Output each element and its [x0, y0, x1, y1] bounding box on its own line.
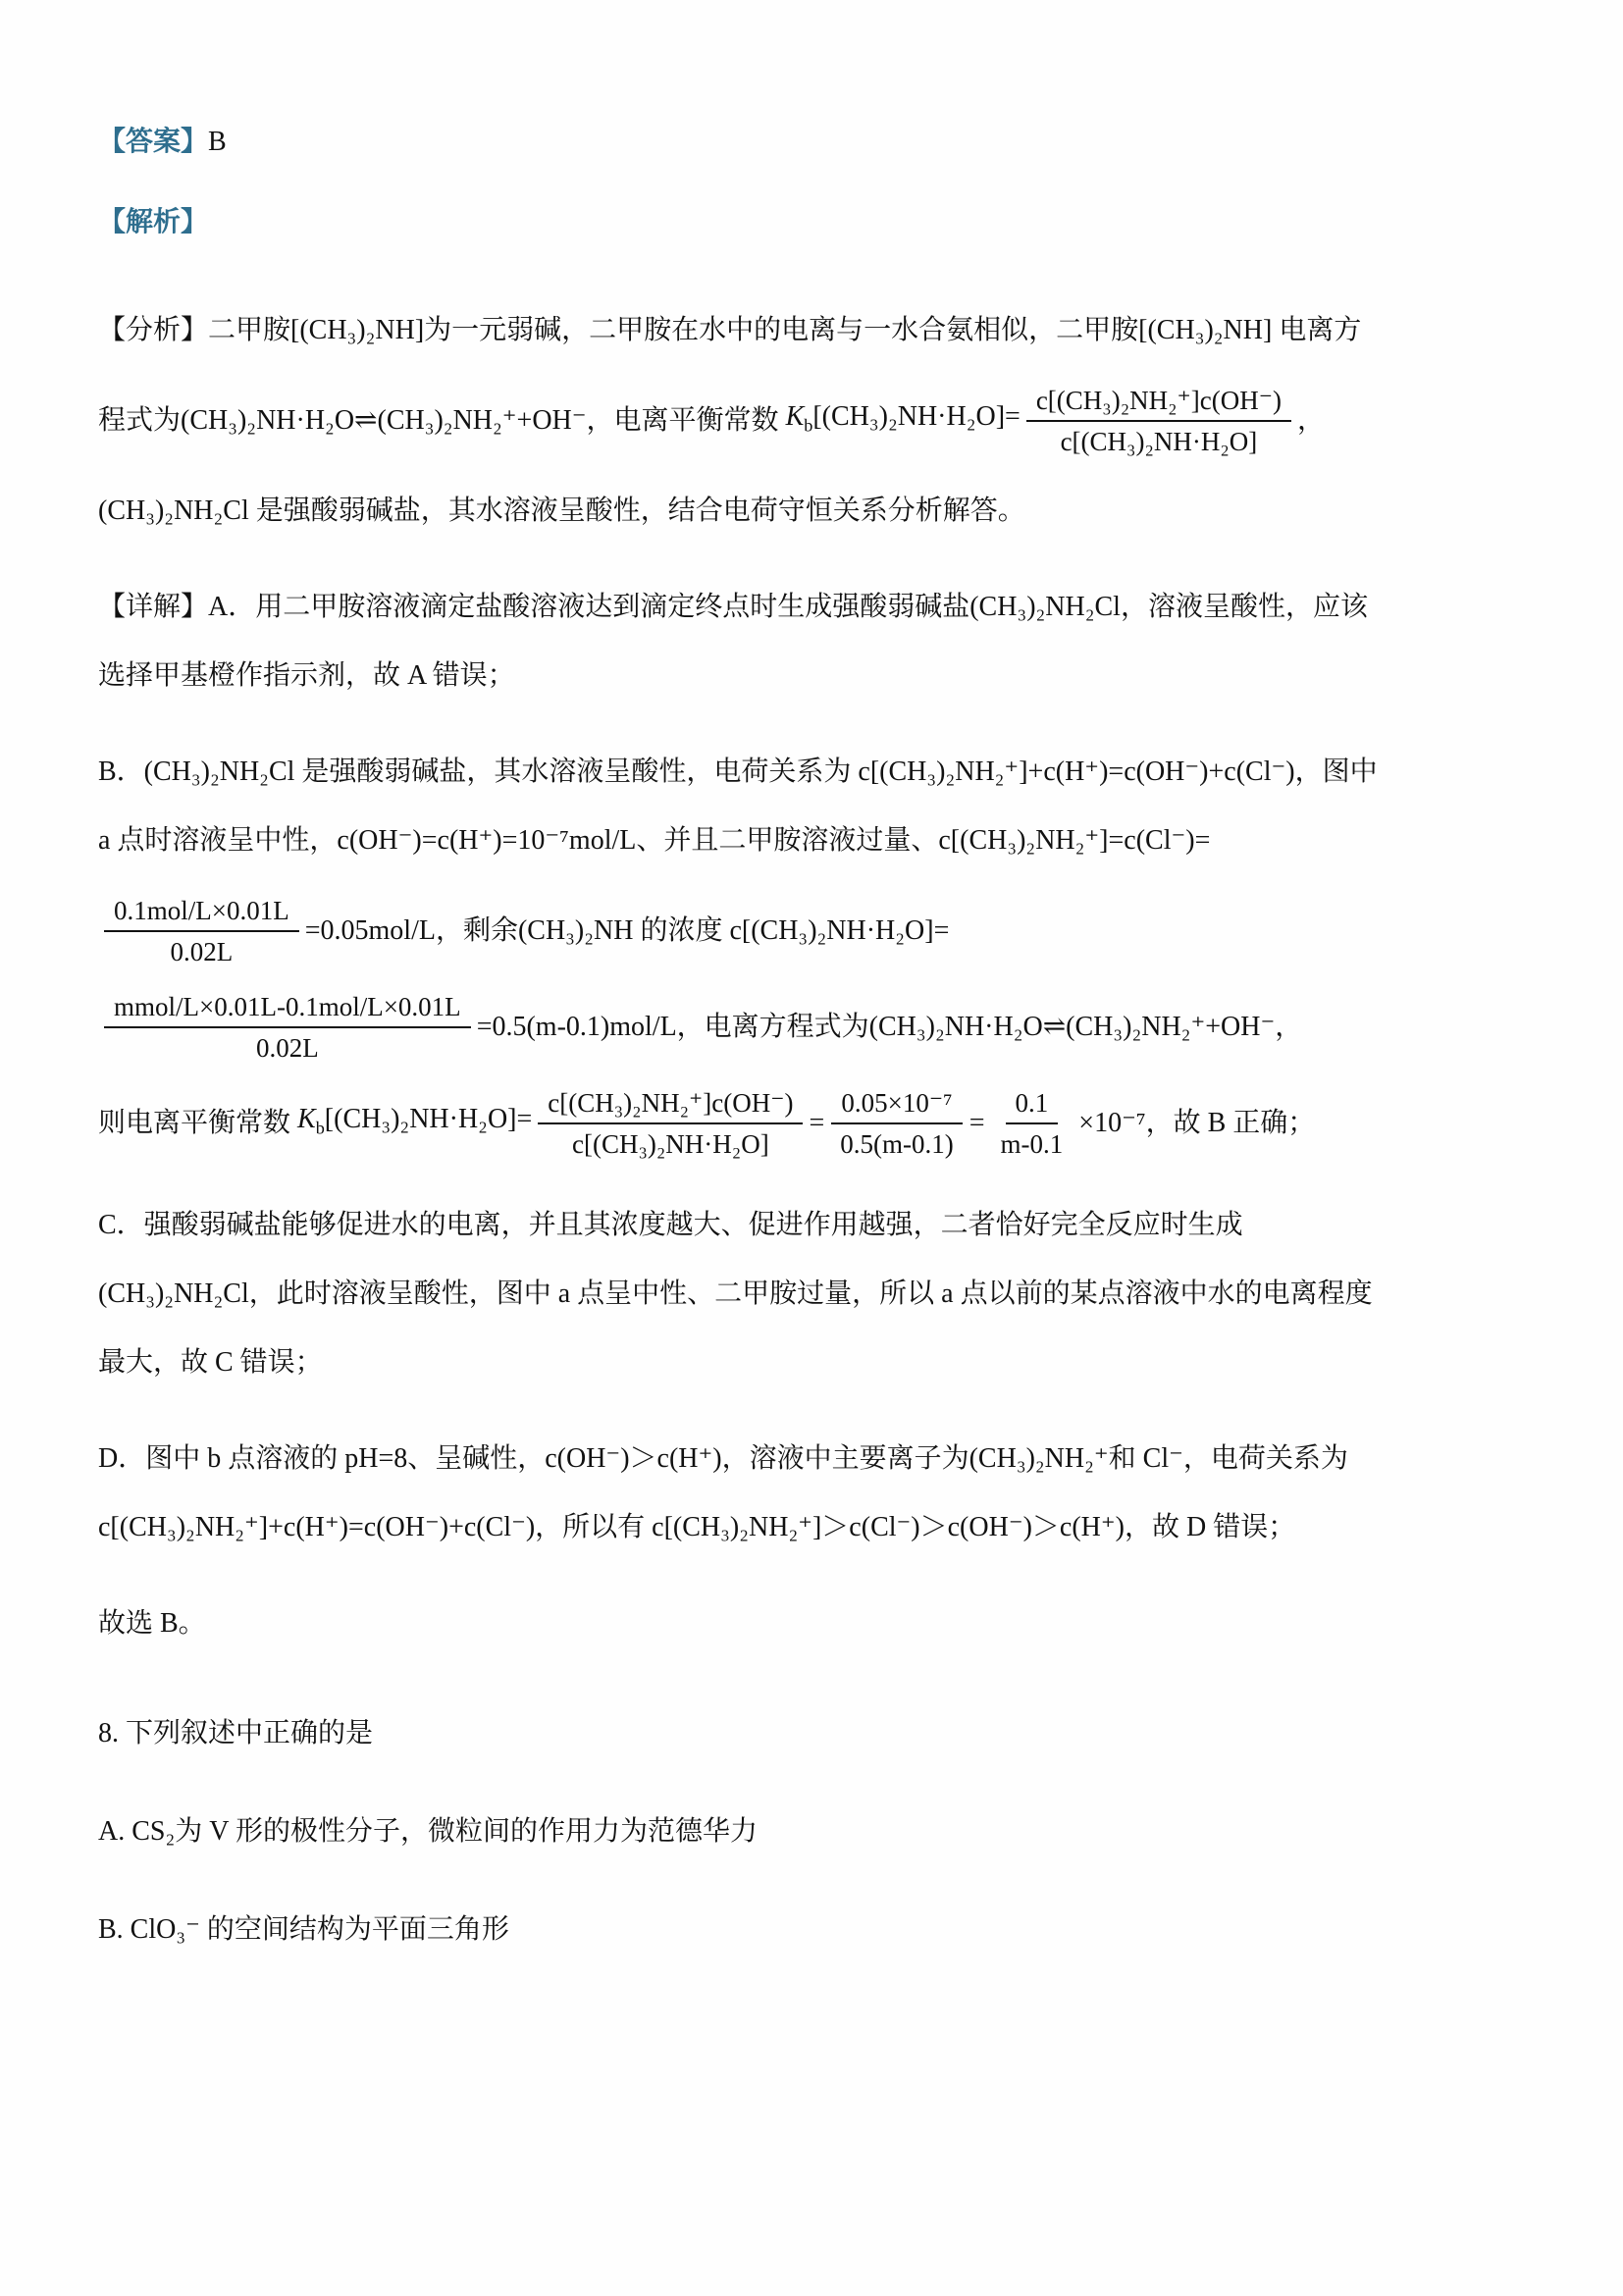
fraction-numerator: mmol/L×0.01L-0.1mol/L×0.01L	[104, 987, 471, 1028]
fraction-line-2-text: =0.5(m-0.1)mol/L，电离方程式为(CH₃)₂NH·H₂O⇌(CH₃…	[477, 1007, 1303, 1048]
detail-option-b: B．(CH₃)₂NH₂Cl 是强酸弱碱盐，其水溶液呈酸性，电荷关系为 c[(CH…	[98, 738, 1531, 1164]
concentration-fraction-1: 0.1mol/L×0.01L0.02L	[104, 891, 299, 971]
fraction-denominator: c[(CH₃)₂NH·H₂O]	[562, 1124, 779, 1164]
answer-line: 【答案】B	[98, 108, 1531, 177]
detail-c-line-2: (CH₃)₂NH₂Cl，此时溶液呈酸性，图中 a 点呈中性、二甲胺过量，所以 a…	[98, 1260, 1531, 1329]
detail-b-line-1: B．(CH₃)₂NH₂Cl 是强酸弱碱盐，其水溶液呈酸性，电荷关系为 c[(CH…	[98, 738, 1531, 807]
concentration-fraction-2: mmol/L×0.01L-0.1mol/L×0.01L0.02L	[104, 987, 471, 1068]
answer-value: B	[208, 127, 227, 157]
fraction-numerator: 0.1mol/L×0.01L	[104, 891, 299, 932]
equals-sign: =	[809, 1103, 824, 1144]
question-8-stem: 8. 下列叙述中正确的是	[98, 1699, 1531, 1768]
formula-text-pre: 程式为(CH₃)₂NH·H₂O⇌(CH₃)₂NH₂⁺+OH⁻，电离平衡常数	[98, 400, 786, 442]
analysis-line-1: 【分析】二甲胺[(CH₃)₂NH]为一元弱碱，二甲胺在水中的电离与一水合氨相似，…	[98, 296, 1531, 365]
fraction-line-1-text: =0.05mol/L，剩余(CH₃)₂NH 的浓度 c[(CH₃)₂NH·H₂O…	[305, 911, 950, 952]
kb-line-post-text: ×10⁻⁷，故 B 正确；	[1078, 1103, 1315, 1144]
document-page: 【答案】B 【解析】 【分析】二甲胺[(CH₃)₂NH]为一元弱碱，二甲胺在水中…	[0, 0, 1623, 2296]
detail-b-kb-line: 则电离平衡常数 Kb[(CH₃)₂NH·H₂O]=c[(CH₃)₂NH₂⁺]c(…	[98, 1083, 1531, 1164]
analysis-formula-line: 程式为(CH₃)₂NH·H₂O⇌(CH₃)₂NH₂⁺+OH⁻，电离平衡常数 Kb…	[98, 381, 1531, 461]
fraction-denominator: 0.02L	[246, 1028, 329, 1068]
detail-b-fraction-line-1: 0.1mol/L×0.01L0.02L=0.05mol/L，剩余(CH₃)₂NH…	[98, 891, 1531, 971]
equals-sign: =	[969, 1103, 985, 1144]
formula-text-post: ，	[1297, 400, 1325, 442]
detail-c-line-1: C．强酸弱碱盐能够促进水的电离，并且其浓度越大、促进作用越强，二者恰好完全反应时…	[98, 1191, 1531, 1260]
question-8-option-b: B. ClO₃⁻ 的空间结构为平面三角形	[98, 1896, 1531, 1964]
detail-c-line-3: 最大，故 C 错误；	[98, 1329, 1531, 1397]
fraction-numerator: c[(CH₃)₂NH₂⁺]c(OH⁻)	[538, 1083, 803, 1124]
fraction-numerator: c[(CH₃)₂NH₂⁺]c(OH⁻)	[1026, 381, 1291, 422]
detail-option-a: 【详解】A．用二甲胺溶液滴定盐酸溶液达到滴定终点时生成强酸弱碱盐(CH₃)₂NH…	[98, 573, 1531, 710]
kb-expression-fraction: c[(CH₃)₂NH₂⁺]c(OH⁻)c[(CH₃)₂NH·H₂O]	[538, 1083, 803, 1164]
detail-b-fraction-line-2: mmol/L×0.01L-0.1mol/L×0.01L0.02L=0.5(m-0…	[98, 987, 1531, 1068]
fraction-numerator: 0.1	[1006, 1083, 1059, 1124]
analysis-paragraph: 【分析】二甲胺[(CH₃)₂NH]为一元弱碱，二甲胺在水中的电离与一水合氨相似，…	[98, 296, 1531, 546]
detail-d-line-1: D．图中 b 点溶液的 pH=8、呈碱性，c(OH⁻)＞c(H⁺)，溶液中主要离…	[98, 1425, 1531, 1493]
answer-label: 【答案】	[98, 127, 208, 157]
analysis-label: 【解析】	[98, 207, 208, 237]
kb-line-pre-text: 则电离平衡常数	[98, 1103, 297, 1144]
detail-a-line-2: 选择甲基橙作指示剂，故 A 错误；	[98, 642, 1531, 710]
kb-numeric-fraction: 0.05×10⁻⁷0.5(m-0.1)	[830, 1083, 963, 1164]
fraction-denominator: 0.5(m-0.1)	[830, 1124, 963, 1164]
analysis-header: 【解析】	[98, 188, 1531, 257]
analysis-line-3: (CH₃)₂NH₂Cl 是强酸弱碱盐，其水溶液呈酸性，结合电荷守恒关系分析解答。	[98, 477, 1531, 546]
detail-option-d: D．图中 b 点溶液的 pH=8、呈碱性，c(OH⁻)＞c(H⁺)，溶液中主要离…	[98, 1425, 1531, 1562]
fraction-denominator: 0.02L	[160, 932, 242, 971]
conclusion-line: 故选 B。	[98, 1590, 1531, 1658]
fraction-denominator: c[(CH₃)₂NH·H₂O]	[1051, 422, 1268, 461]
fraction-numerator: 0.05×10⁻⁷	[831, 1083, 962, 1124]
kb-fraction: c[(CH₃)₂NH₂⁺]c(OH⁻)c[(CH₃)₂NH·H₂O]	[1026, 381, 1291, 461]
question-8-option-a: A. CS₂为 V 形的极性分子，微粒间的作用力为范德华力	[98, 1798, 1531, 1866]
detail-a-line-1: 【详解】A．用二甲胺溶液滴定盐酸溶液达到滴定终点时生成强酸弱碱盐(CH₃)₂NH…	[98, 573, 1531, 642]
detail-d-line-2: c[(CH₃)₂NH₂⁺]+c(H⁺)=c(OH⁻)+c(Cl⁻)，所以有 c[…	[98, 1493, 1531, 1562]
kb-constant-label: Kb[(CH₃)₂NH·H₂O]=	[297, 1099, 532, 1149]
detail-b-line-2: a 点时溶液呈中性，c(OH⁻)=c(H⁺)=10⁻⁷mol/L、并且二甲胺溶液…	[98, 807, 1531, 875]
fraction-denominator: m-0.1	[991, 1124, 1073, 1164]
kb-constant-label: Kb[(CH₃)₂NH·H₂O]=	[786, 396, 1021, 446]
detail-option-c: C．强酸弱碱盐能够促进水的电离，并且其浓度越大、促进作用越强，二者恰好完全反应时…	[98, 1191, 1531, 1397]
kb-result-fraction: 0.1m-0.1	[991, 1083, 1073, 1164]
